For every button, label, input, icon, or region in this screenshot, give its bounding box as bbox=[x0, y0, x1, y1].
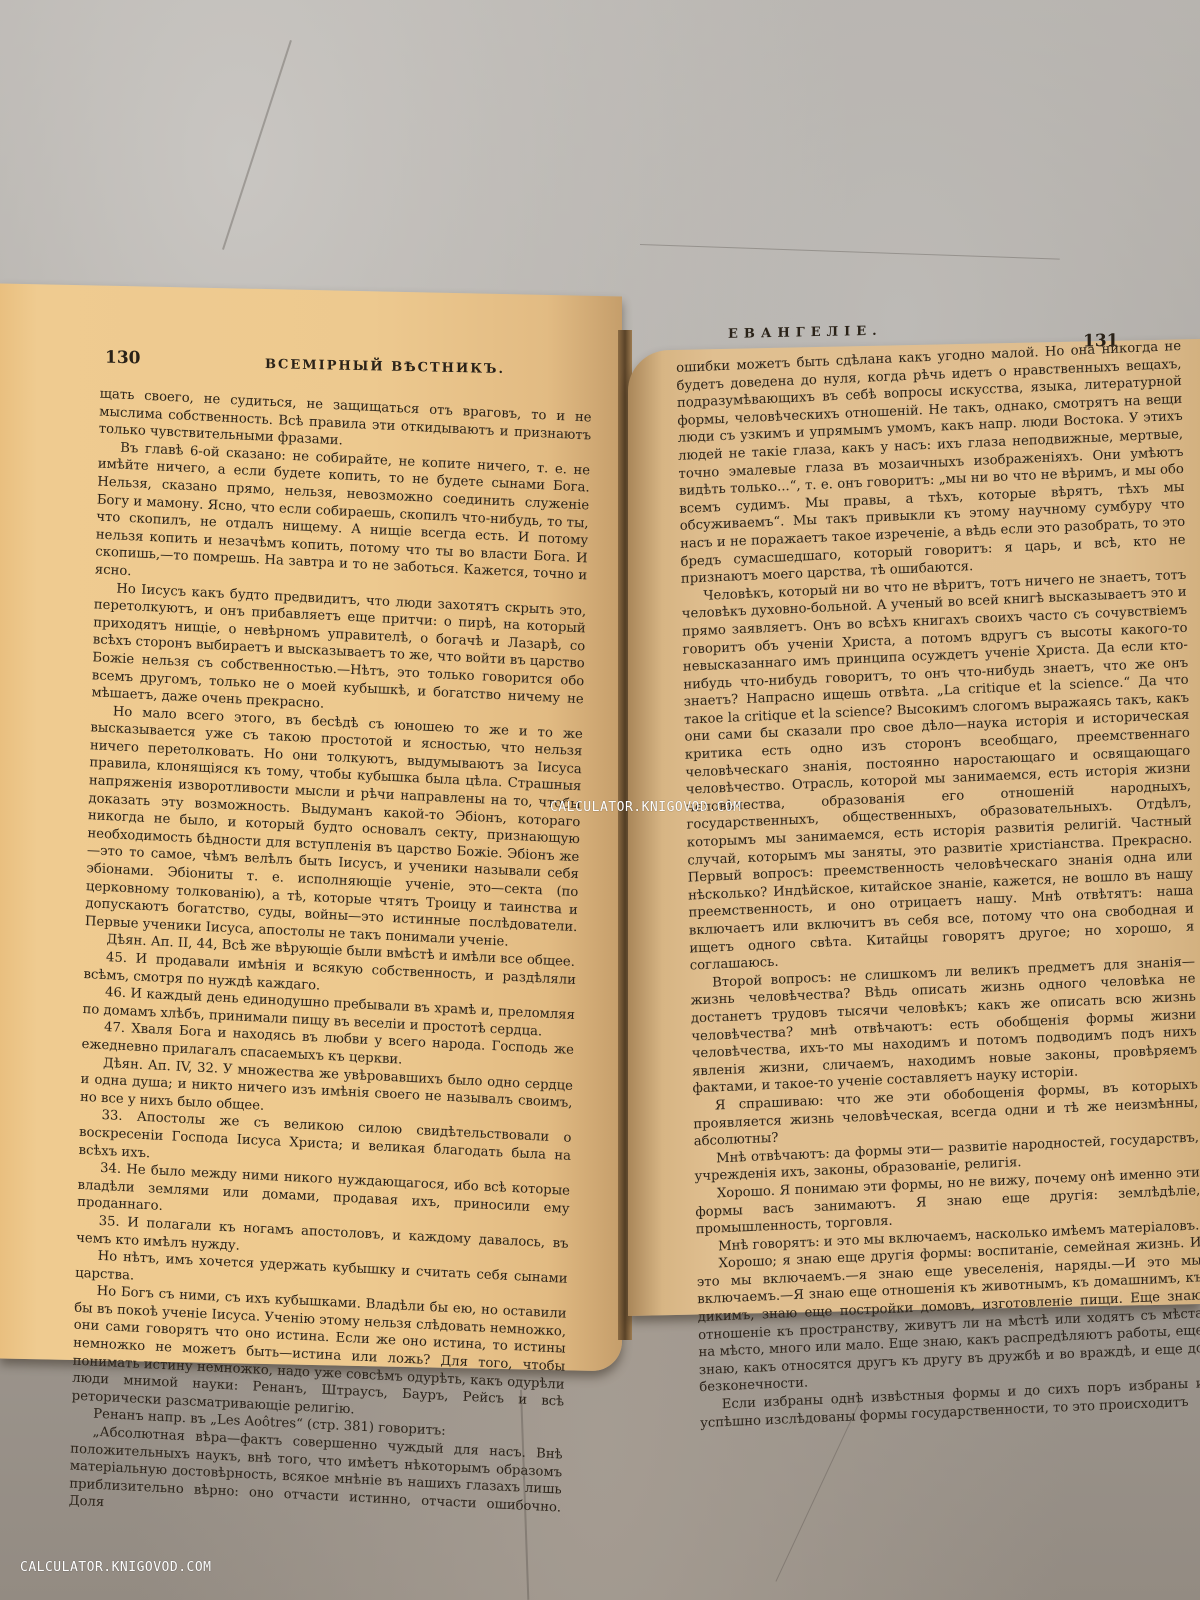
left-page: 130 ВСЕМІРНЫЙ ВѢСТНИКЪ. щать своего, не … bbox=[0, 283, 622, 1371]
paragraph: Въ главѣ 6-ой сказано: не собирайте, не … bbox=[95, 438, 591, 603]
left-page-body: щать своего, не судиться, не защищаться … bbox=[69, 386, 592, 1535]
running-head: ВСЕМІРНЫЙ ВѢСТНИКЪ. bbox=[265, 357, 505, 377]
open-book: 130 ВСЕМІРНЫЙ ВѢСТНИКЪ. щать своего, не … bbox=[0, 290, 1200, 1370]
floor-crack bbox=[640, 244, 1060, 260]
paragraph: Но мало всего этого, въ бесѣдѣ съ юношею… bbox=[85, 702, 583, 955]
paragraph: Человѣкъ, который ни во что не вѣритъ, т… bbox=[681, 567, 1195, 976]
paragraph: Но Іисусъ какъ будто предвидитъ, что люд… bbox=[91, 579, 586, 726]
page-number: 130 bbox=[105, 348, 141, 369]
paragraph: Но Богъ съ ними, съ ихъ кубышками. Владѣ… bbox=[72, 1282, 567, 1429]
right-page-body: ошибки можетъ быть сдѣлана какъ угодно м… bbox=[676, 338, 1200, 1432]
watermark-bottom-left: CALCULATOR.KNIGOVOD.COM bbox=[20, 1560, 212, 1575]
paragraph: Хорошо; я знаю еще другія формы: воспита… bbox=[696, 1235, 1200, 1398]
right-page: ЕВАНГЕЛІЕ. 131 ошибки можетъ быть сдѣлан… bbox=[628, 339, 1200, 1316]
watermark-center: CALCULATOR.KNIGOVOD.COM bbox=[550, 800, 742, 815]
paragraph: ошибки можетъ быть сдѣлана какъ угодно м… bbox=[676, 338, 1186, 589]
running-head: ЕВАНГЕЛІЕ. bbox=[728, 324, 883, 342]
floor-crack bbox=[222, 40, 292, 250]
paragraph: Второй вопросъ: не слишкомъ ли великъ пр… bbox=[690, 953, 1198, 1098]
